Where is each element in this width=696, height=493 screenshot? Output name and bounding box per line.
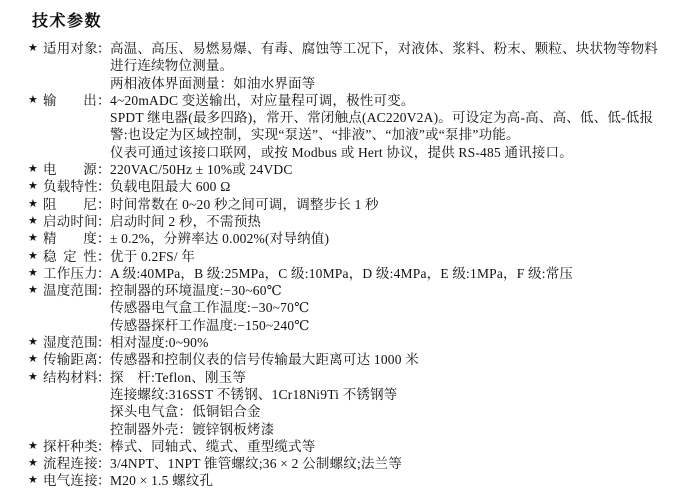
spec-content: 优于 0.2FS/ 年: [110, 248, 692, 265]
spec-content: 负载电阻最大 600 Ω: [110, 178, 692, 195]
spec-line: 传感器和控制仪表的信号传输最大距离可达 1000 米: [110, 351, 692, 368]
spec-line: 控制器外壳：镀锌钢板烤漆: [110, 421, 692, 438]
spec-row: ★ 传输距离 ： 传感器和控制仪表的信号传输最大距离可达 1000 米: [28, 351, 692, 368]
spec-list: ★ 适用对象 ： 高温、高压、易燃易爆、有毒、腐蚀等工况下，对液体、浆料、粉末、…: [28, 40, 692, 490]
spec-label: 探杆种类: [43, 438, 97, 455]
spec-line: 时间常数在 0~20 秒之间可调，调整步长 1 秒: [110, 196, 692, 213]
star-bullet-icon: ★: [28, 196, 43, 213]
spec-row: ★ 阻 尼 ： 时间常数在 0~20 秒之间可调，调整步长 1 秒: [28, 196, 692, 213]
spec-label: 精 度: [43, 230, 97, 247]
colon-separator: ：: [97, 369, 110, 386]
spec-label: 湿度范围: [43, 334, 97, 351]
colon-separator: ：: [97, 213, 110, 230]
colon-separator: ：: [97, 178, 110, 195]
spec-line: 进行连续物位测量。: [110, 57, 692, 74]
spec-content: 3/4NPT、1NPT 锥管螺纹;36 × 2 公制螺纹;法兰等: [110, 455, 692, 472]
spec-row: ★ 稳 定 性 ： 优于 0.2FS/ 年: [28, 248, 692, 265]
colon-separator: ：: [97, 40, 110, 57]
spec-row: ★ 适用对象 ： 高温、高压、易燃易爆、有毒、腐蚀等工况下，对液体、浆料、粉末、…: [28, 40, 692, 92]
spec-line: 负载电阻最大 600 Ω: [110, 178, 692, 195]
spec-line: 传感器电气盒工作温度:−30~70℃: [110, 299, 692, 316]
spec-content: 棒式、同轴式、缆式、重型缆式等: [110, 438, 692, 455]
star-bullet-icon: ★: [28, 282, 43, 299]
spec-line: SPDT 继电器(最多四路)，常开、常闭触点(AC220V2A)。可设定为高-高…: [110, 109, 692, 126]
page-title: 技术参数: [32, 8, 692, 31]
spec-row: ★ 输 出 ： 4~20mADC 变送输出，对应量程可调，极性可变。SPDT 继…: [28, 92, 692, 161]
star-bullet-icon: ★: [28, 161, 43, 178]
colon-separator: ：: [97, 472, 110, 489]
spec-label: 启动时间: [43, 213, 97, 230]
spec-row: ★ 流程连接 ： 3/4NPT、1NPT 锥管螺纹;36 × 2 公制螺纹;法兰…: [28, 455, 692, 472]
spec-row: ★ 精 度 ： ± 0.2%，分辨率达 0.002%(对导纳值): [28, 230, 692, 247]
spec-line: 高温、高压、易燃易爆、有毒、腐蚀等工况下，对液体、浆料、粉末、颗粒、块状物等物料: [110, 40, 692, 57]
spec-content: 4~20mADC 变送输出，对应量程可调，极性可变。SPDT 继电器(最多四路)…: [110, 92, 692, 161]
spec-line: 仪表可通过该接口联网，或按 Modbus 或 Hert 协议，提供 RS-485…: [110, 144, 692, 161]
star-bullet-icon: ★: [28, 213, 43, 230]
colon-separator: ：: [97, 455, 110, 472]
spec-line: 警:也设定为区域控制，实现“泵送”、“排液”、“加液”或“泵排”功能。: [110, 126, 692, 143]
spec-row: ★ 电 源 ： 220VAC/50Hz ± 10%或 24VDC: [28, 161, 692, 178]
star-bullet-icon: ★: [28, 265, 43, 282]
star-bullet-icon: ★: [28, 334, 43, 351]
spec-row: ★ 湿度范围 ： 相对湿度:0~90%: [28, 334, 692, 351]
spec-line: 启动时间 2 秒，不需预热: [110, 213, 692, 230]
spec-line: 4~20mADC 变送输出，对应量程可调，极性可变。: [110, 92, 692, 109]
star-bullet-icon: ★: [28, 178, 43, 195]
spec-line: 220VAC/50Hz ± 10%或 24VDC: [110, 161, 692, 178]
spec-label: 流程连接: [43, 455, 97, 472]
spec-label: 工作压力: [43, 265, 97, 282]
spec-label: 负载特性: [43, 178, 97, 195]
spec-line: 连接螺纹:316SST 不锈钢、1Cr18Ni9Ti 不锈钢等: [110, 386, 692, 403]
spec-row: ★ 工作压力 ： A 级:40MPa，B 级:25MPa，C 级:10MPa，D…: [28, 265, 692, 282]
star-bullet-icon: ★: [28, 369, 43, 386]
star-bullet-icon: ★: [28, 472, 43, 489]
spec-content: 探 杆:Teflon、刚玉等连接螺纹:316SST 不锈钢、1Cr18Ni9Ti…: [110, 369, 692, 438]
spec-label: 阻 尼: [43, 196, 97, 213]
colon-separator: ：: [97, 351, 110, 368]
spec-content: 时间常数在 0~20 秒之间可调，调整步长 1 秒: [110, 196, 692, 213]
colon-separator: ：: [97, 248, 110, 265]
spec-content: 220VAC/50Hz ± 10%或 24VDC: [110, 161, 692, 178]
colon-separator: ：: [97, 282, 110, 299]
spec-content: 启动时间 2 秒，不需预热: [110, 213, 692, 230]
colon-separator: ：: [97, 161, 110, 178]
spec-line: 控制器的环境温度:−30~60℃: [110, 282, 692, 299]
star-bullet-icon: ★: [28, 92, 43, 109]
spec-line: 相对湿度:0~90%: [110, 334, 692, 351]
spec-content: ± 0.2%，分辨率达 0.002%(对导纳值): [110, 230, 692, 247]
spec-content: M20 × 1.5 螺纹孔: [110, 472, 692, 489]
spec-line: 两相液体界面测量：如油水界面等: [110, 75, 692, 92]
spec-line: M20 × 1.5 螺纹孔: [110, 472, 692, 489]
spec-row: ★ 结构材料 ： 探 杆:Teflon、刚玉等连接螺纹:316SST 不锈钢、1…: [28, 369, 692, 438]
spec-content: 高温、高压、易燃易爆、有毒、腐蚀等工况下，对液体、浆料、粉末、颗粒、块状物等物料…: [110, 40, 692, 92]
spec-line: ± 0.2%，分辨率达 0.002%(对导纳值): [110, 230, 692, 247]
spec-label: 电 源: [43, 161, 97, 178]
spec-line: 探头电气盒：低铜铝合金: [110, 403, 692, 420]
spec-content: 控制器的环境温度:−30~60℃传感器电气盒工作温度:−30~70℃传感器探杆工…: [110, 282, 692, 334]
colon-separator: ：: [97, 92, 110, 109]
spec-line: 优于 0.2FS/ 年: [110, 248, 692, 265]
star-bullet-icon: ★: [28, 351, 43, 368]
spec-label: 适用对象: [43, 40, 97, 57]
spec-content: 相对湿度:0~90%: [110, 334, 692, 351]
spec-label: 温度范围: [43, 282, 97, 299]
star-bullet-icon: ★: [28, 40, 43, 57]
spec-line: 传感器探杆工作温度:−150~240℃: [110, 317, 692, 334]
spec-row: ★ 温度范围 ： 控制器的环境温度:−30~60℃传感器电气盒工作温度:−30~…: [28, 282, 692, 334]
spec-line: A 级:40MPa，B 级:25MPa，C 级:10MPa，D 级:4MPa，E…: [110, 265, 692, 282]
spec-document: 技术参数 ★ 适用对象 ： 高温、高压、易燃易爆、有毒、腐蚀等工况下，对液体、浆…: [0, 0, 696, 490]
spec-label: 结构材料: [43, 369, 97, 386]
spec-content: 传感器和控制仪表的信号传输最大距离可达 1000 米: [110, 351, 692, 368]
star-bullet-icon: ★: [28, 248, 43, 265]
spec-row: ★ 启动时间 ： 启动时间 2 秒，不需预热: [28, 213, 692, 230]
colon-separator: ：: [97, 334, 110, 351]
star-bullet-icon: ★: [28, 438, 43, 455]
spec-line: 棒式、同轴式、缆式、重型缆式等: [110, 438, 692, 455]
star-bullet-icon: ★: [28, 230, 43, 247]
spec-row: ★ 电气连接 ： M20 × 1.5 螺纹孔: [28, 472, 692, 489]
colon-separator: ：: [97, 230, 110, 247]
spec-row: ★ 探杆种类 ： 棒式、同轴式、缆式、重型缆式等: [28, 438, 692, 455]
spec-row: ★ 负载特性 ： 负载电阻最大 600 Ω: [28, 178, 692, 195]
spec-label: 输 出: [43, 92, 97, 109]
colon-separator: ：: [97, 438, 110, 455]
spec-label: 电气连接: [43, 472, 97, 489]
spec-line: 探 杆:Teflon、刚玉等: [110, 369, 692, 386]
spec-label: 传输距离: [43, 351, 97, 368]
colon-separator: ：: [97, 196, 110, 213]
spec-content: A 级:40MPa，B 级:25MPa，C 级:10MPa，D 级:4MPa，E…: [110, 265, 692, 282]
spec-line: 3/4NPT、1NPT 锥管螺纹;36 × 2 公制螺纹;法兰等: [110, 455, 692, 472]
star-bullet-icon: ★: [28, 455, 43, 472]
colon-separator: ：: [97, 265, 110, 282]
spec-label: 稳 定 性: [43, 248, 97, 265]
